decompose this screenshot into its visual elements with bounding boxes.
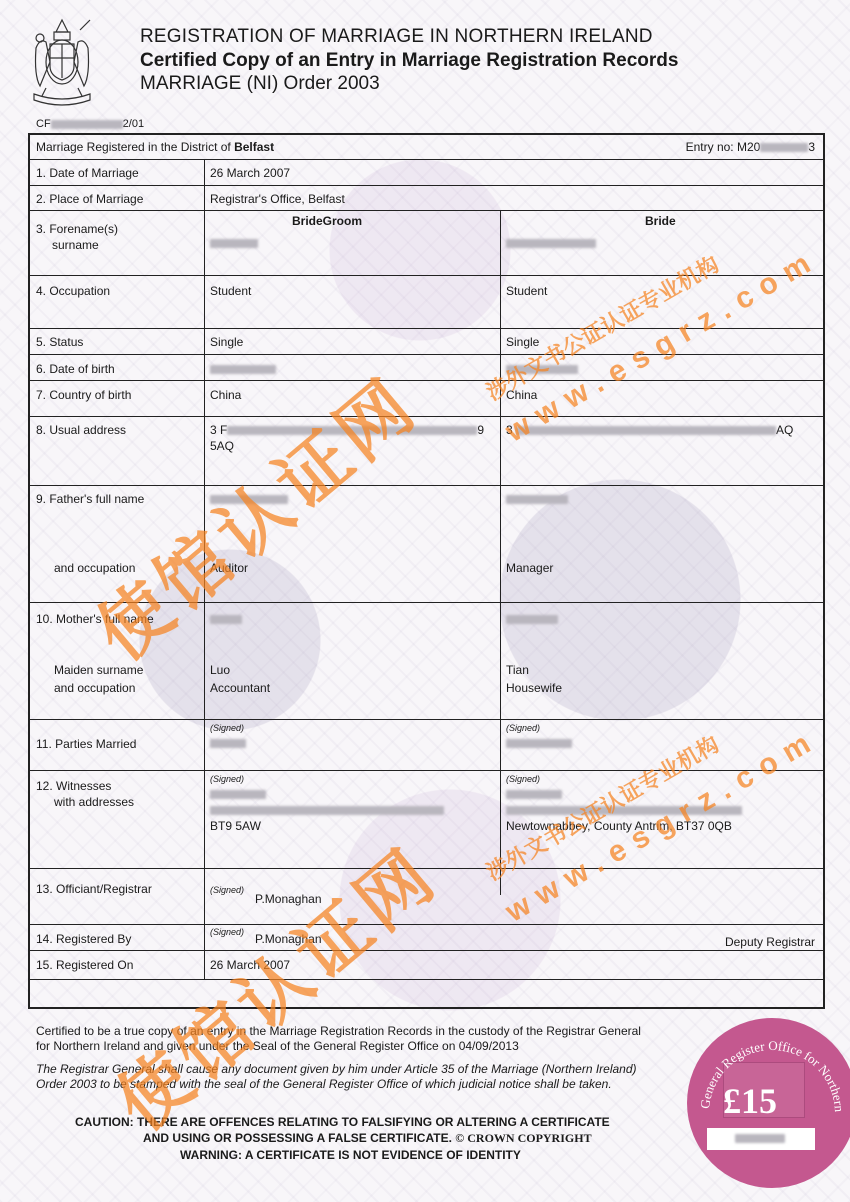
- groom-dob-redacted: [210, 361, 276, 377]
- certificate-reference: CF2/01: [36, 118, 144, 130]
- stamp-price: £15: [723, 1080, 777, 1122]
- label-registered-on: 15. Registered On: [36, 957, 133, 973]
- label-surname: surname: [52, 237, 99, 253]
- signed-note: (Signed): [210, 882, 244, 898]
- groom-witness: BT9 5AW: [210, 786, 444, 834]
- entry-number: Entry no: M203: [686, 139, 815, 155]
- legal-note: The Registrar General shall cause any do…: [36, 1062, 726, 1092]
- bride-signature-redacted: [506, 735, 572, 751]
- label-fathers-occupation: and occupation: [54, 560, 135, 576]
- groom-signature-redacted: [210, 735, 246, 751]
- bride-status: Single: [506, 334, 539, 350]
- groom-mother-name-redacted: [210, 611, 242, 627]
- bride-father-occupation: Manager: [506, 560, 553, 576]
- officiant-name: P.Monaghan: [255, 891, 322, 907]
- marriage-register-table: Marriage Registered in the District of B…: [28, 133, 825, 1009]
- value-registered-on: 26 March 2007: [210, 957, 290, 973]
- registrar-name: P.Monaghan: [255, 931, 322, 947]
- document-subtitle: Certified Copy of an Entry in Marriage R…: [140, 50, 678, 72]
- bride-name-redacted: [506, 235, 596, 251]
- label-registered-by: 14. Registered By: [36, 931, 131, 947]
- label-fathers-name: 9. Father's full name: [36, 491, 144, 507]
- document-title: REGISTRATION OF MARRIAGE IN NORTHERN IRE…: [140, 26, 653, 48]
- label-country-of-birth: 7. Country of birth: [36, 387, 131, 403]
- district-line: Marriage Registered in the District of B…: [36, 139, 274, 155]
- label-parties-married: 11. Parties Married: [36, 736, 136, 752]
- bride-mother-name-redacted: [506, 611, 558, 627]
- label-status: 5. Status: [36, 334, 83, 350]
- label-place-of-marriage: 2. Place of Marriage: [36, 191, 143, 207]
- label-mothers-occupation: and occupation: [54, 680, 135, 696]
- groom-father-name-redacted: [210, 491, 288, 507]
- caution-notice: CAUTION: THERE ARE OFFENCES RELATING TO …: [75, 1114, 610, 1146]
- groom-country-of-birth: China: [210, 387, 241, 403]
- column-header-bride: Bride: [645, 213, 676, 229]
- groom-address: 3 F95AQ: [210, 422, 484, 454]
- bride-address: 3 AQ: [506, 422, 793, 438]
- document-order: MARRIAGE (NI) Order 2003: [140, 73, 380, 95]
- label-date-of-marriage: 1. Date of Marriage: [36, 165, 139, 181]
- label-occupation: 4. Occupation: [36, 283, 110, 299]
- signed-note: (Signed): [210, 771, 244, 787]
- value-place-of-marriage: Registrar's Office, Belfast: [210, 191, 345, 207]
- registrar-title: Deputy Registrar: [725, 934, 815, 950]
- certificate-page: REGISTRATION OF MARRIAGE IN NORTHERN IRE…: [0, 0, 850, 1202]
- column-header-bridegroom: BrideGroom: [292, 213, 362, 229]
- bride-witness: Newtownabbey, County Antrim, BT37 0QB: [506, 786, 742, 834]
- groom-name-redacted: [210, 235, 258, 251]
- bride-occupation: Student: [506, 283, 547, 299]
- redacted-reference: [51, 120, 123, 129]
- signed-note: (Signed): [506, 720, 540, 736]
- fee-stamp: General Register Office for Northern Ire…: [687, 1018, 850, 1188]
- bride-father-name-redacted: [506, 491, 568, 507]
- label-maiden-surname: Maiden surname: [54, 662, 143, 678]
- label-usual-address: 8. Usual address: [36, 422, 126, 438]
- royal-coat-of-arms-icon: [30, 18, 94, 110]
- bride-country-of-birth: China: [506, 387, 537, 403]
- label-witness-addresses: with addresses: [54, 794, 134, 810]
- bride-dob-redacted: [506, 361, 578, 377]
- signed-note: (Signed): [210, 720, 244, 736]
- label-witnesses: 12. Witnesses: [36, 778, 111, 794]
- signed-note: (Signed): [210, 924, 244, 940]
- value-date-of-marriage: 26 March 2007: [210, 165, 290, 181]
- identity-warning: WARNING: A CERTIFICATE IS NOT EVIDENCE O…: [180, 1148, 521, 1162]
- signed-note: (Signed): [506, 771, 540, 787]
- label-mothers-name: 10. Mother's full name: [36, 611, 154, 627]
- certification-statement: Certified to be a true copy of an entry …: [36, 1024, 726, 1054]
- groom-mother-maiden: Luo: [210, 662, 230, 678]
- groom-status: Single: [210, 334, 243, 350]
- bride-mother-occupation: Housewife: [506, 680, 562, 696]
- groom-father-occupation: Auditor: [210, 560, 248, 576]
- label-officiant: 13. Officiant/Registrar: [36, 881, 152, 897]
- groom-mother-occupation: Accountant: [210, 680, 270, 696]
- stamp-serial-box: [707, 1128, 815, 1150]
- bride-mother-maiden: Tian: [506, 662, 529, 678]
- label-forenames: 3. Forename(s): [36, 221, 118, 237]
- label-date-of-birth: 6. Date of birth: [36, 361, 115, 377]
- groom-occupation: Student: [210, 283, 251, 299]
